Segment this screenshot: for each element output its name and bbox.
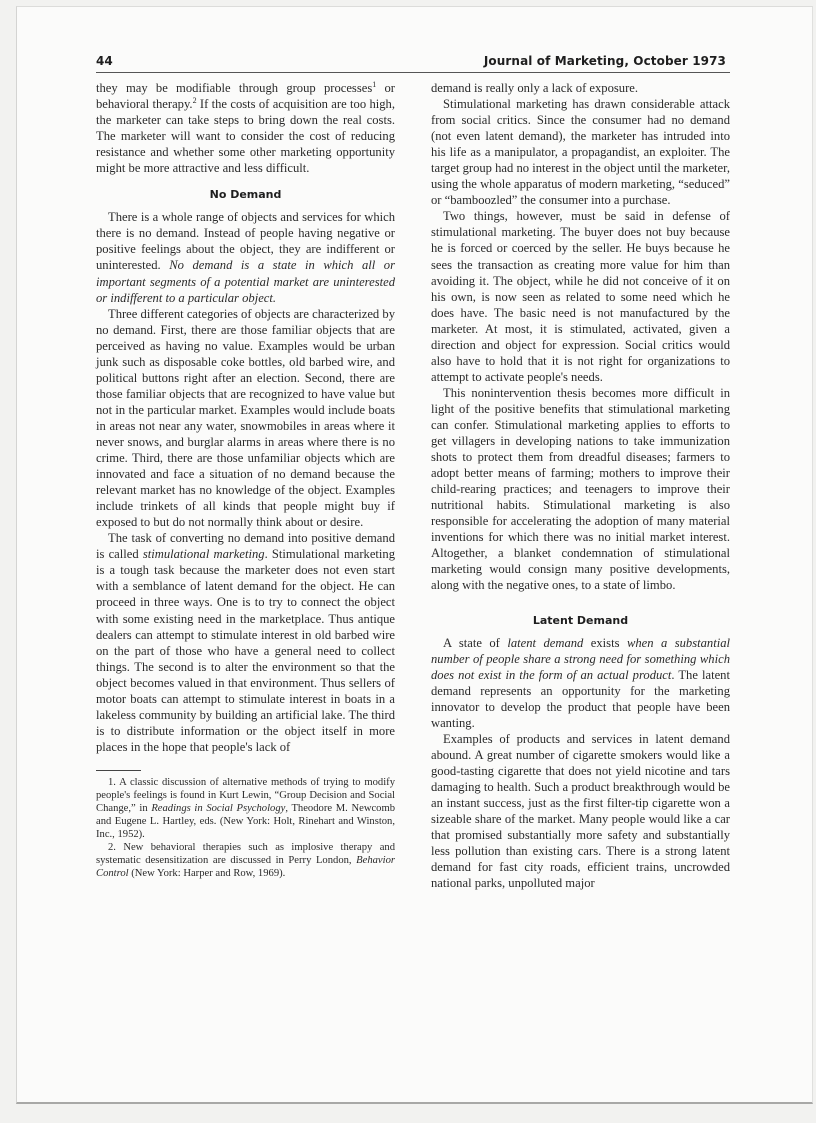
paragraph-stimulational-task: The task of converting no demand into po… <box>96 530 395 755</box>
paragraph-attack: Stimulational marketing has drawn consid… <box>431 96 730 208</box>
paragraph-latent-definition: A state of latent demand exists when a s… <box>431 635 730 731</box>
footnote-divider <box>96 770 141 771</box>
paragraph-examples: Examples of products and services in lat… <box>431 731 730 891</box>
section-heading-latent-demand: Latent Demand <box>431 613 730 629</box>
paragraph-continued: demand is really only a lack of exposure… <box>431 80 730 96</box>
footnote-1: 1. A classic discussion of alternative m… <box>96 776 395 841</box>
running-header: 44 Journal of Marketing, October 1973 <box>96 54 730 73</box>
term-latent-demand: latent demand <box>507 636 583 650</box>
paragraph-categories: Three different categories of objects ar… <box>96 306 395 531</box>
journal-title: Journal of Marketing, October 1973 <box>484 54 726 68</box>
paragraph-defense: Two things, however, must be said in def… <box>431 208 730 385</box>
page-number: 44 <box>96 54 113 68</box>
paragraph-no-demand-definition: There is a whole range of objects and se… <box>96 209 395 305</box>
footnote-2: 2. New behavioral therapies such as impl… <box>96 841 395 880</box>
term-stimulational-marketing: stimulational marketing <box>143 547 265 561</box>
section-heading-no-demand: No Demand <box>96 187 395 203</box>
right-column: demand is really only a lack of exposure… <box>431 80 730 891</box>
paragraph-continued: they may be modifiable through group pro… <box>96 80 395 176</box>
paragraph-nonintervention: This nonintervention thesis becomes more… <box>431 385 730 594</box>
footnotes: 1. A classic discussion of alternative m… <box>96 776 395 880</box>
left-column: they may be modifiable through group pro… <box>96 80 395 880</box>
